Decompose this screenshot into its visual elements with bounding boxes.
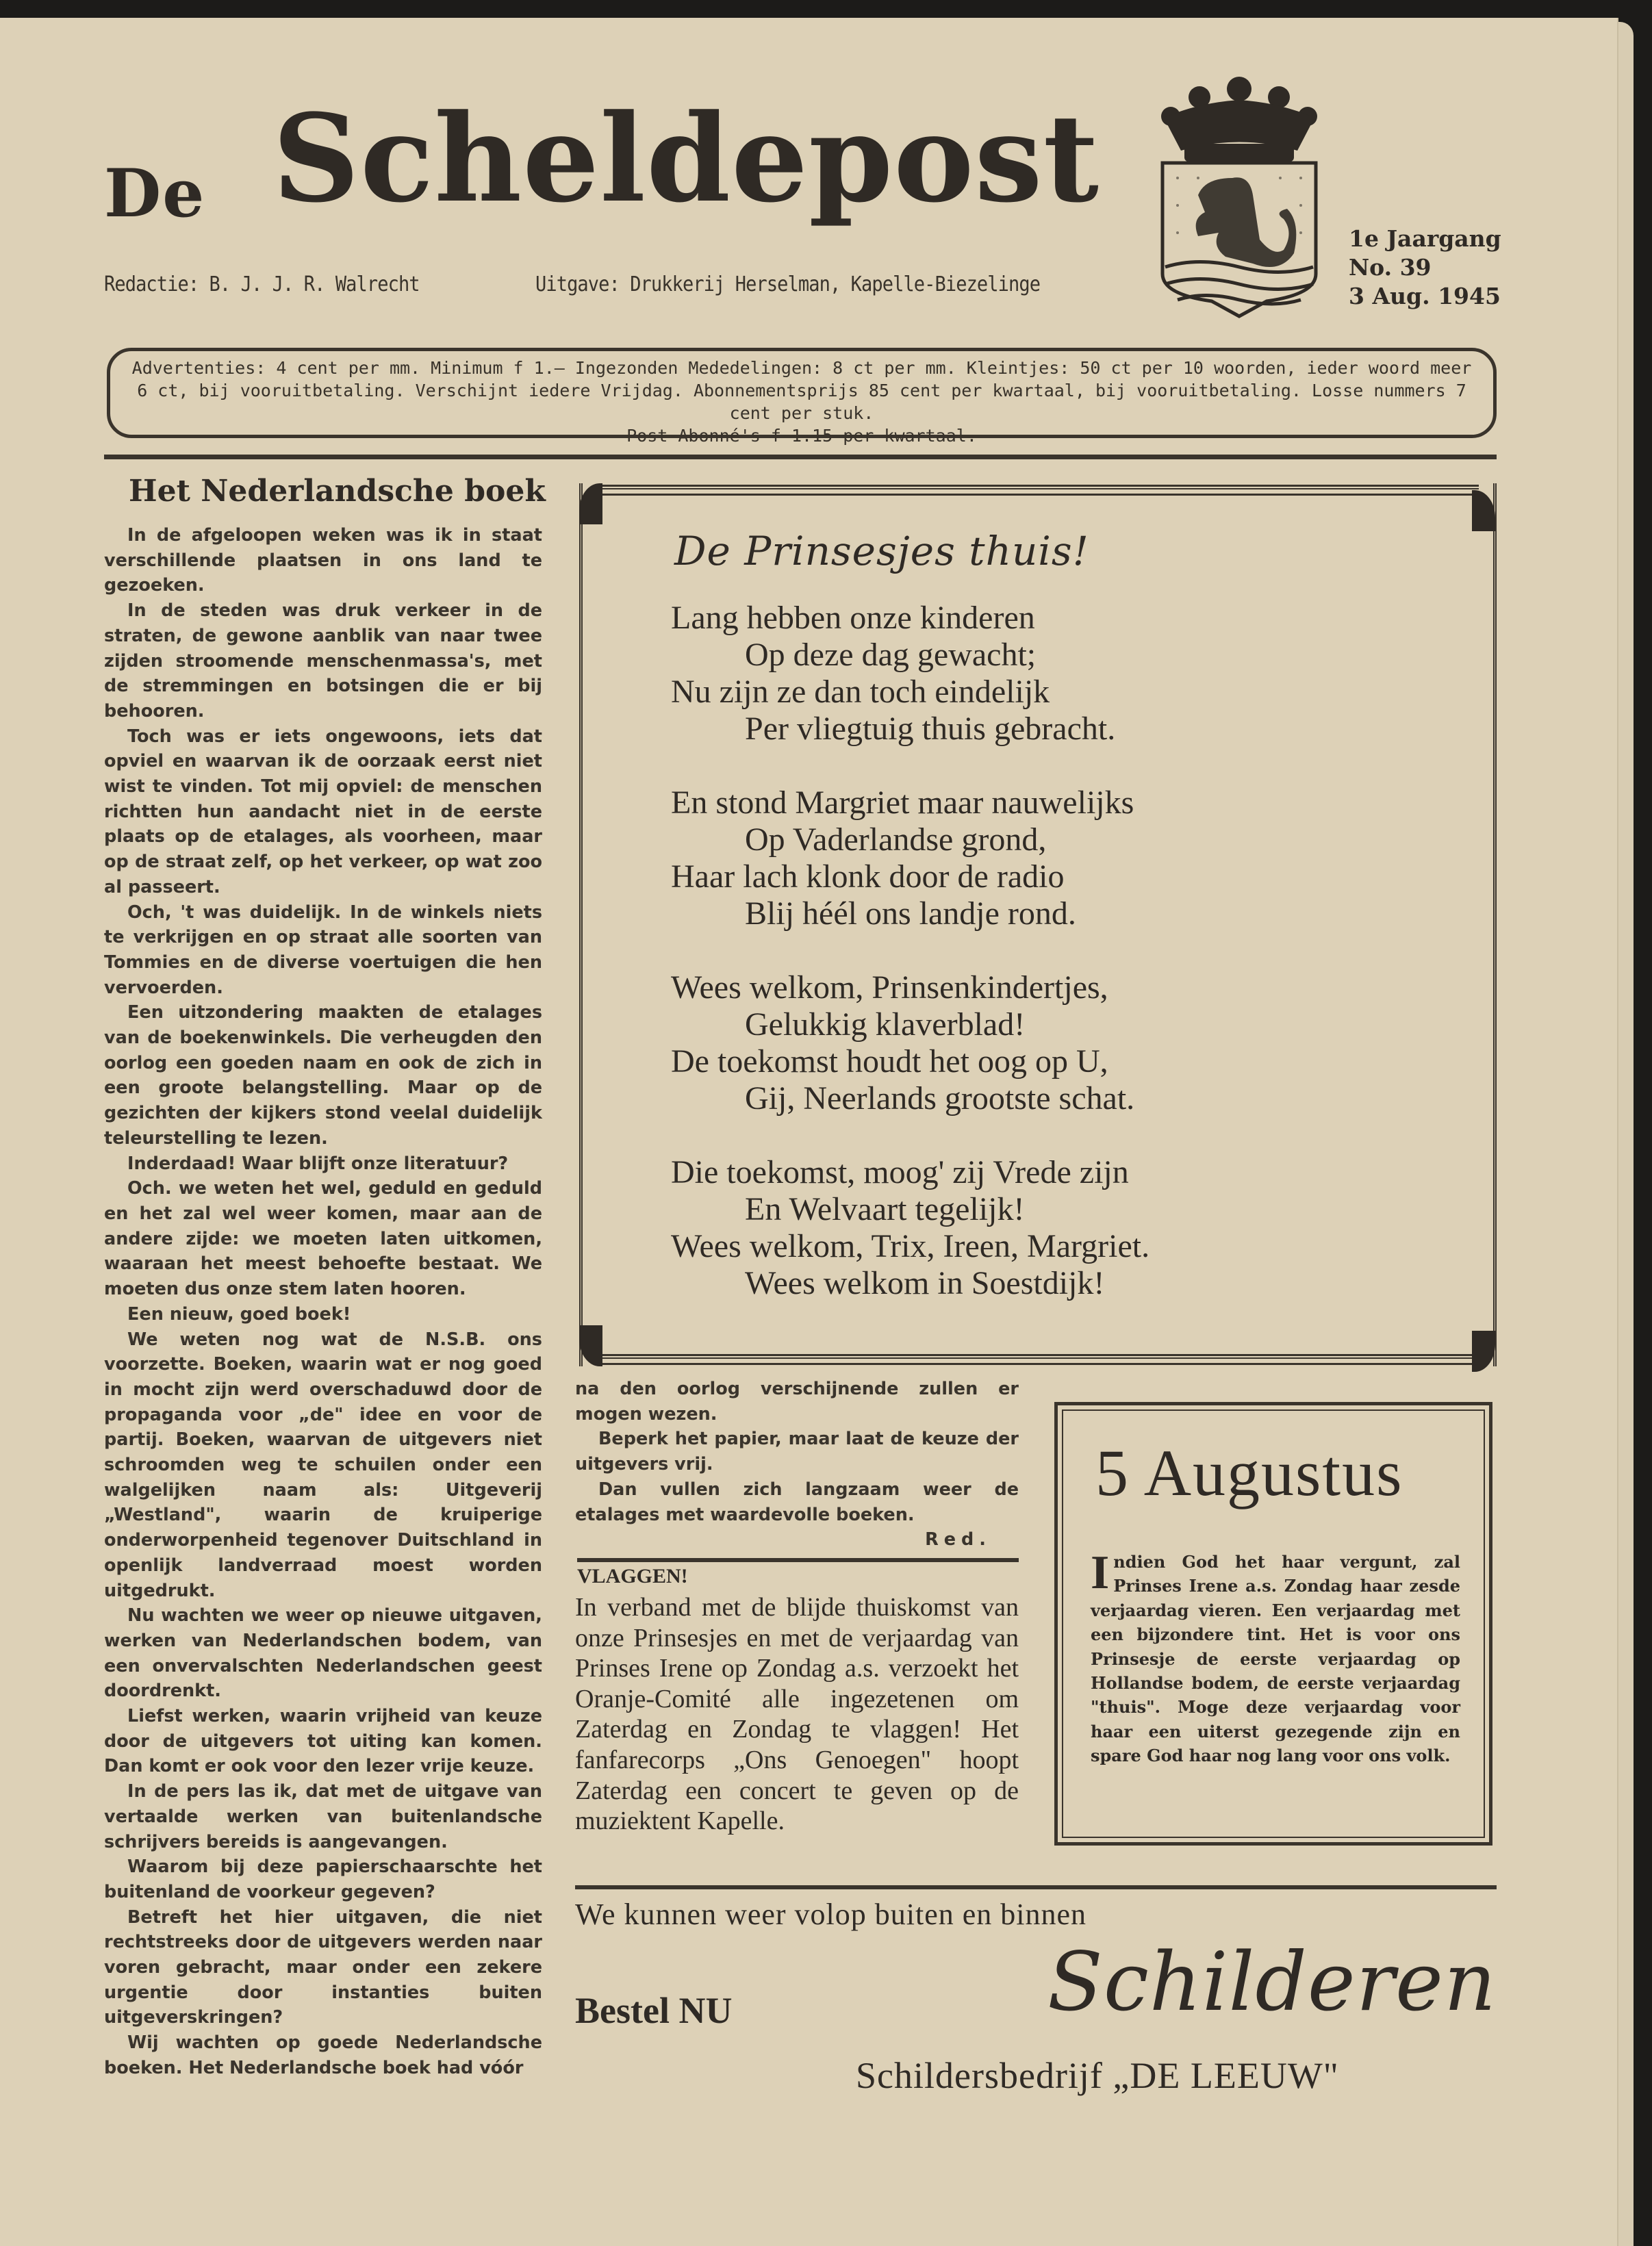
article-continuation: na den oorlog verschijnende zullen er mo… (575, 1377, 1019, 1553)
vlaggen-title: VLAGGEN! (577, 1565, 688, 1588)
poem-line: En Welvaart tegelijk! (671, 1191, 1149, 1228)
article-paragraph: Een nieuw, goed boek! (104, 1302, 542, 1327)
issue-date: 3 Aug. 1945 (1349, 282, 1501, 311)
poem-body: Lang hebben onze kinderen Op deze dag ge… (671, 600, 1149, 1302)
article-paragraph: In de afgeloopen weken was ik in staat v… (104, 523, 542, 598)
masthead-title: Scheldepost (272, 99, 1100, 219)
augustus-body: Indien God het haar vergunt, zal Prinses… (1091, 1550, 1460, 1768)
poem-line: Op Vaderlandse grond, (671, 821, 1149, 858)
ad-divider (575, 1885, 1497, 1889)
article-body: In de afgeloopen weken was ik in staat v… (104, 523, 542, 2081)
notice-line: Advertenties: 4 cent per mm. Minimum f 1… (131, 357, 1473, 379)
poem-line: Blij héél ons landje rond. (671, 895, 1149, 932)
poem-line: Op deze dag gewacht; (671, 637, 1149, 674)
article-paragraph: Toch was er iets ongewoons, iets dat opv… (104, 724, 542, 900)
issue-volume: 1e Jaargang (1349, 225, 1501, 253)
poem-line: Wees welkom, Prinsenkindertjes, (671, 969, 1149, 1006)
article-paragraph: Liefst werken, waarin vrijheid van keuze… (104, 1704, 542, 1779)
vlaggen-body: In verband met de blijde thuiskomst van … (575, 1592, 1019, 1837)
article-paragraph: Och, 't was duidelijk. In de winkels nie… (104, 900, 542, 1001)
article-paragraph: Wij wachten op goede Nederlandsche boeke… (104, 2030, 542, 2080)
poem-line: Wees welkom, Trix, Ireen, Margriet. (671, 1228, 1149, 1265)
dropcap: I (1091, 1553, 1109, 1594)
poem-frame-top-rule (602, 485, 1479, 496)
poem-line: Per vliegtuig thuis gebracht. (671, 711, 1149, 748)
ad-tagline: We kunnen weer volop buiten en binnen (575, 1897, 1086, 1932)
notice-line: Post-Abonné's f 1.15 per kwartaal. (131, 424, 1473, 447)
issue-number: No. 39 (1349, 253, 1501, 282)
article-paragraph: Een uitzondering maakten de etalages van… (104, 1000, 542, 1151)
newspaper-page: De Scheldepost Redactie: B. J. J. R. Wal… (0, 18, 1617, 2246)
article-paragraph: Och. we weten het wel, geduld en geduld … (104, 1176, 542, 1302)
poem-line: Gelukkig klaverblad! (671, 1006, 1149, 1043)
ad-call-to-action: Bestel NU (575, 1989, 732, 2032)
poem-line: Gij, Neerlands grootste schat. (671, 1080, 1149, 1117)
article-paragraph: Dan vullen zich langzaam weer de etalage… (575, 1477, 1019, 1527)
masthead-editor: Redactie: B. J. J. R. Walrecht (104, 272, 420, 296)
poem-frame-bottom-rule (602, 1354, 1479, 1365)
issue-info: 1e Jaargang No. 39 3 Aug. 1945 (1349, 225, 1501, 311)
zeeland-coat-of-arms-icon (1157, 75, 1321, 322)
article-paragraph: Nu wachten we weer op nieuwe uitgaven, w… (104, 1603, 542, 1704)
notice-line: 6 ct, bij vooruitbetaling. Verschijnt ie… (131, 379, 1473, 424)
article-title: Het Nederlandsche boek (129, 474, 546, 509)
poem-line: Die toekomst, moog' zij Vrede zijn (671, 1154, 1149, 1191)
article-paragraph: In de pers las ik, dat met de uitgave va… (104, 1779, 542, 1854)
header-divider (104, 455, 1497, 459)
poem-line: Lang hebben onze kinderen (671, 600, 1149, 637)
article-paragraph: In de steden was druk verkeer in de stra… (104, 598, 542, 724)
section-divider (577, 1558, 1019, 1562)
poem-title: De Prinsesjes thuis! (674, 528, 1089, 574)
poem-line: Haar lach klonk door de radio (671, 858, 1149, 895)
augustus-text: ndien God het haar vergunt, zal Prinses … (1091, 1552, 1460, 1765)
article-paragraph: Inderdaad! Waar blijft onze literatuur? (104, 1151, 542, 1177)
augustus-title: 5 Augustus (1095, 1435, 1403, 1511)
article-paragraph: na den oorlog verschijnende zullen er mo… (575, 1377, 1019, 1427)
poem-line: En stond Margriet maar nauwelijks (671, 784, 1149, 821)
article-paragraph: Waarom bij deze papierschaarschte het bu… (104, 1854, 542, 1904)
poem-line: Wees welkom in Soestdijk! (671, 1265, 1149, 1302)
masthead-publisher: Uitgave: Drukkerij Herselman, Kapelle-Bi… (535, 272, 1040, 296)
article-paragraph: We weten nog wat de N.S.B. ons voorzette… (104, 1327, 542, 1604)
ad-company-name: Schildersbedrijf „DE LEEUW" (856, 2054, 1339, 2097)
subscription-notice: Advertenties: 4 cent per mm. Minimum f 1… (107, 348, 1497, 438)
poem-line: Nu zijn ze dan toch eindelijk (671, 674, 1149, 711)
article-paragraph: Beperk het papier, maar laat de keuze de… (575, 1427, 1019, 1477)
masthead-title-prefix: De (104, 155, 205, 232)
article-signature: Red. (575, 1527, 1019, 1553)
poem-line: De toekomst houdt het oog op U, (671, 1043, 1149, 1080)
article-paragraph: Betreft het hier uitgaven, die niet rech… (104, 1905, 542, 2031)
ad-headline: Schilderen (1047, 1935, 1497, 2029)
